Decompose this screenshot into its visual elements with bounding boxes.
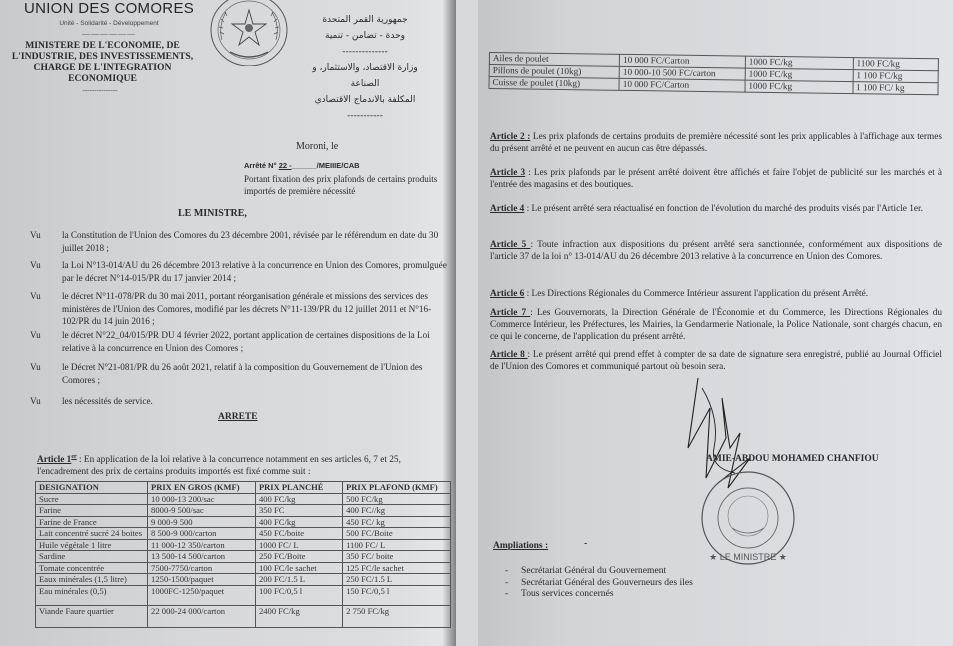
table-cell: Sardine bbox=[36, 551, 148, 563]
article-7: Article 7 : Les Gouvernorats, la Directi… bbox=[490, 307, 942, 343]
article-3: Article 3 : Les prix plafonds par le pré… bbox=[490, 167, 942, 191]
table-cell: 250 FC/1.5 L bbox=[343, 574, 451, 586]
table-cell: Farine bbox=[36, 505, 148, 517]
table-cell: 8000-9 500/sac bbox=[148, 505, 256, 517]
table-cell: 100 FC/0,5 l bbox=[255, 585, 342, 605]
table-cell: Viande Faure quartier bbox=[36, 605, 148, 627]
vu-item: Vule décret N°11-078/PR du 30 mai 2011, … bbox=[30, 290, 450, 328]
svg-text:★ LE MINISTRE ★: ★ LE MINISTRE ★ bbox=[709, 552, 787, 562]
col-prix-gros: PRIX EN GROS (KMF) bbox=[148, 482, 256, 494]
article-5: Article 5 : Toute infraction aux disposi… bbox=[490, 239, 942, 263]
table-row: Eaux minérales (1,5 litre)1250-1500/paqu… bbox=[36, 574, 451, 586]
table-cell: 11 000-12 350/carton bbox=[148, 539, 256, 551]
ministry-stamp-icon: ★ LE MINISTRE ★ bbox=[692, 468, 804, 568]
book-gutter bbox=[456, 0, 478, 646]
col-designation: DESIGNATION bbox=[36, 482, 148, 494]
table-cell: 13 500-14 500/carton bbox=[148, 551, 256, 563]
table-cell: 450 FC/boite bbox=[255, 528, 342, 540]
table-cell: 1250-1500/paquet bbox=[148, 574, 256, 586]
table-row: Viande Faure quartier22 000-24 000/carto… bbox=[36, 605, 451, 627]
list-item: Tous services concernés bbox=[505, 588, 693, 600]
arrete-number: Arrêté N° 22 -______/MEIIIE/CAB bbox=[244, 161, 360, 170]
table-cell: 400 FC/kg bbox=[255, 516, 342, 528]
col-prix-planche: PRIX PLANCHÉ bbox=[255, 482, 342, 494]
table-cell: 10 000-13 200/sac bbox=[148, 493, 256, 505]
table-cell: Sucre bbox=[36, 493, 148, 505]
ampliations-mark: - bbox=[584, 538, 587, 549]
table-row: Lait concentré sucré 24 boites8 500-9 00… bbox=[36, 528, 451, 540]
table-cell: 250 FC/Boite bbox=[255, 551, 342, 563]
table-row: Sucre10 000-13 200/sac400 FC/kg500 FC/kg bbox=[36, 493, 451, 505]
col-prix-plafond: PRIX PLAFOND (KMF) bbox=[343, 482, 451, 494]
table-cell: 500 FC/Boite bbox=[343, 528, 451, 540]
arrete-subject: Portant fixation des prix plafonds de ce… bbox=[244, 174, 444, 197]
country-name: UNION DES COMORES bbox=[14, 0, 204, 17]
table-row: Tomate concentrée7500-7750/carton100 FC/… bbox=[36, 562, 451, 574]
table-cell: Farine de France bbox=[36, 516, 148, 528]
vu-item: Vules nécessités de service. bbox=[30, 395, 450, 408]
ministry-name: MINISTERE DE L'ECONOMIE, DE L'INDUSTRIE,… bbox=[0, 40, 205, 84]
ministry-rule: --------------- bbox=[60, 86, 140, 94]
table-cell: 350 FC/ boite bbox=[343, 551, 451, 563]
table-row: Farine8000-9 500/sac350 FC400 FC//kg bbox=[36, 505, 451, 517]
table-header-row: DESIGNATION PRIX EN GROS (KMF) PRIX PLAN… bbox=[36, 482, 451, 494]
table-row: Sardine13 500-14 500/carton250 FC/Boite3… bbox=[36, 551, 451, 563]
list-item: Secrétariat Général des Gouverneurs des … bbox=[505, 577, 693, 589]
list-item: Secrétariat Général du Gouvernement bbox=[505, 565, 693, 577]
table-cell: 100 FC/le sachet bbox=[255, 562, 342, 574]
minister-title: LE MINISTRE, bbox=[178, 208, 247, 219]
article-1: Article 1er : En application de la loi r… bbox=[37, 451, 452, 478]
table-cell: Tomate concentrée bbox=[36, 562, 148, 574]
table-cell: Eau minérales (0,5) bbox=[36, 585, 148, 605]
place-date: Moroni, le bbox=[296, 141, 338, 152]
table-row: Huile végétale 1 litre11 000-12 350/cart… bbox=[36, 539, 451, 551]
vu-item: Vula Loi N°13-014/AU du 26 décembre 2013… bbox=[30, 259, 450, 284]
table-cell: Eaux minérales (1,5 litre) bbox=[36, 574, 148, 586]
table-cell: 22 000-24 000/carton bbox=[148, 605, 256, 627]
price-table: DESIGNATION PRIX EN GROS (KMF) PRIX PLAN… bbox=[35, 481, 451, 628]
vu-item: Vule Décret N°21-081/PR du 26 août 2021,… bbox=[30, 361, 450, 386]
table-row: Farine de France9 000-9 500400 FC/kg450 … bbox=[36, 516, 451, 528]
table-cell: 1 100 FC/kg bbox=[853, 70, 938, 83]
arabic-header: جمهورية القمر المتحدة وحدة - تضامن - تنم… bbox=[300, 12, 430, 124]
table-cell: Cuisse de poulet (10kg) bbox=[489, 77, 619, 91]
table-cell: 7500-7750/carton bbox=[148, 562, 256, 574]
arrete-heading: ARRETE bbox=[218, 412, 258, 422]
article-8: Article 8 : Le présent arrêté qui prend … bbox=[490, 349, 942, 373]
signatory-name: AMIE-ABDOU MOHAMED CHANFIOU bbox=[706, 454, 879, 464]
table-cell: 1100 FC/kg bbox=[853, 58, 938, 71]
article-4: Article 4 : Le présent arrêté sera réact… bbox=[490, 203, 942, 215]
table-cell: 150 FC/0,5 l bbox=[343, 585, 451, 605]
table-cell: 10 000 FC/Carton bbox=[619, 78, 745, 92]
table-row: Eau minérales (0,5)1000FC-1250/paquet100… bbox=[36, 585, 451, 605]
table-cell: 400 FC//kg bbox=[343, 505, 451, 517]
table-cell: 1100 FC/ L bbox=[343, 539, 451, 551]
table-cell: 10 000-10 500 FC/carton bbox=[619, 66, 745, 80]
table-cell: 1000 FC/kg bbox=[745, 56, 853, 70]
table-cell: 10 000 FC/Carton bbox=[620, 54, 746, 68]
table-cell: 1000 FC/kg bbox=[745, 68, 853, 82]
price-table-continued: Ailes de poulet10 000 FC/Carton1000 FC/k… bbox=[488, 52, 938, 95]
table-cell: 1000FC-1250/paquet bbox=[148, 585, 256, 605]
table-cell: 8 500-9 000/carton bbox=[148, 528, 256, 540]
table-cell: 2 750 FC/kg bbox=[343, 605, 451, 627]
left-page: UNION DES COMORES Unité - Solidarité - D… bbox=[0, 0, 456, 646]
table-cell: Huile végétale 1 litre bbox=[36, 539, 148, 551]
table-cell: 2400 FC/kg bbox=[255, 605, 342, 627]
table-cell: Pillons de poulet (10kg) bbox=[489, 65, 619, 79]
table-cell: 200 FC/1.5 L bbox=[255, 574, 342, 586]
table-cell: Lait concentré sucré 24 boites bbox=[36, 528, 148, 540]
table-cell: 9 000-9 500 bbox=[148, 516, 256, 528]
national-emblem-seal-icon bbox=[208, 0, 290, 66]
table-cell: 500 FC/kg bbox=[343, 493, 451, 505]
national-motto: Unité - Solidarité - Développement bbox=[14, 20, 204, 27]
header-rule: —————— bbox=[14, 29, 204, 38]
table-cell: 125 FC/le sachet bbox=[343, 562, 451, 574]
table-cell: 1000 FC/kg bbox=[745, 80, 853, 94]
ampliations-title: Ampliations : bbox=[493, 541, 548, 551]
table-cell: 1000 FC/ L bbox=[255, 539, 342, 551]
article-2: Article 2 : Les prix plafonds de certain… bbox=[490, 131, 942, 155]
table-cell: 350 FC bbox=[255, 505, 342, 517]
table-cell: Ailes de poulet bbox=[489, 53, 619, 67]
article-6: Article 6 : Les Directions Régionales du… bbox=[490, 288, 942, 300]
vu-item: Vula Constitution de l'Union des Comores… bbox=[30, 229, 450, 254]
table-cell: 400 FC/kg bbox=[255, 493, 342, 505]
vu-item: Vule décret N°22_04/015/PR DU 4 février … bbox=[30, 329, 450, 354]
table-cell: 1 100 FC/ kg bbox=[853, 82, 938, 95]
ampliations-list: Secrétariat Général du Gouvernement Secr… bbox=[505, 565, 693, 600]
table-cell: 450 FC/ kg bbox=[343, 516, 451, 528]
